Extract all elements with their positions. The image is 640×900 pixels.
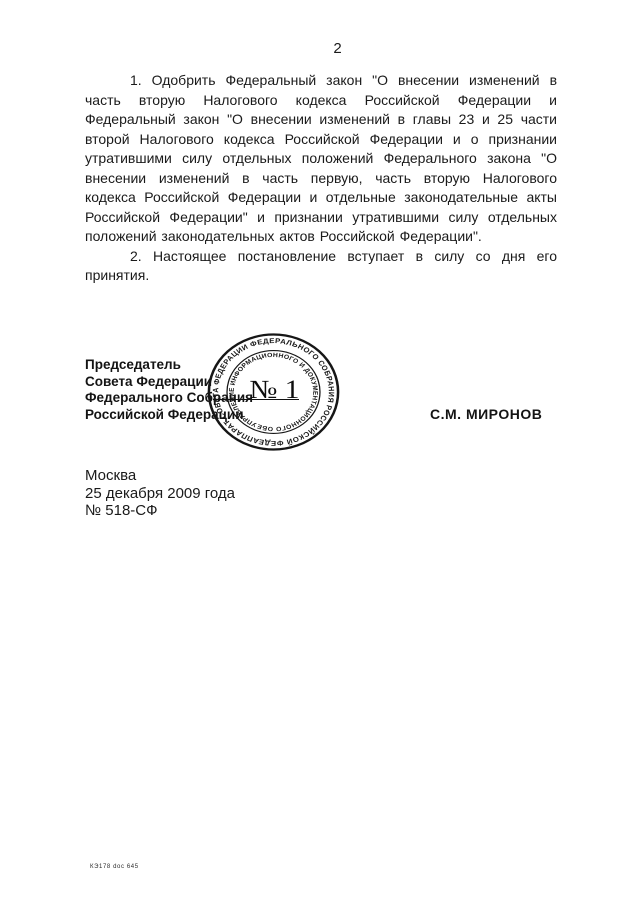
issuance-date: 25 декабря 2009 года [85,485,235,503]
official-stamp-seal: АППАРАТ СОВЕТА ФЕДЕРАЦИИ ФЕДЕРАЛЬНОГО СО… [205,331,342,453]
issuance-block: Москва 25 декабря 2009 года № 518-СФ [85,467,235,520]
paragraph-approve-law: 1. Одобрить Федеральный закон "О внесени… [85,71,557,247]
issuance-number: № 518-СФ [85,502,235,520]
stamp-number: № 1 [249,376,299,405]
document-page: 2 1. Одобрить Федеральный закон "О внесе… [0,0,640,900]
issuance-city: Москва [85,467,235,485]
footer-document-code: КЭ178 doc 645 [90,864,139,870]
page-number: 2 [0,40,640,57]
signatory-name: С.М. МИРОНОВ [430,406,542,422]
paragraph-entry-into-force: 2. Настоящее постановление вступает в си… [85,247,557,286]
document-body: 1. Одобрить Федеральный закон "О внесени… [85,71,557,286]
